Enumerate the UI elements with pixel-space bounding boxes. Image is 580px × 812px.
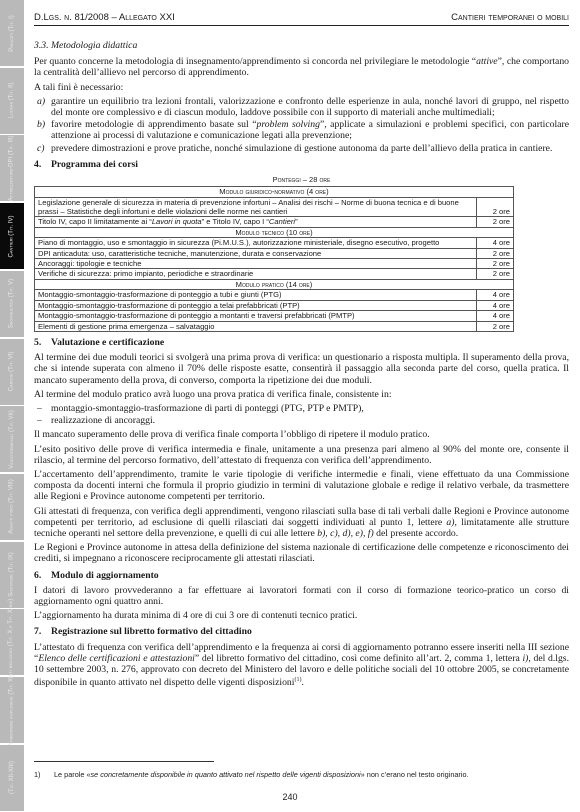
topic-cell: Ancoraggi: tipologie e tecniche: [35, 259, 477, 269]
section-heading: 5.Valutazione e certificazione: [34, 337, 569, 348]
table-row: DPI anticaduta: uso, caratteristiche tec…: [35, 248, 514, 258]
list-item: –realizzazione di ancoraggi.: [34, 415, 569, 426]
hours-cell: 2 ore: [477, 259, 514, 269]
page-body: 3.3. Metodologia didattica Per quanto co…: [34, 40, 569, 692]
sidebar-tab[interactable]: Atmosfere esplosive (Tit. XI): [0, 677, 24, 743]
section-heading: 6.Modulo di aggiornamento: [34, 570, 569, 581]
sidebar-tab[interactable]: Luoghi (Tit. II): [0, 68, 24, 134]
paragraph: A tali fini è necessario:: [34, 82, 569, 93]
hours-cell: 4 ore: [477, 238, 514, 248]
sidebar-tab[interactable]: Sostanze (Tit. IX): [0, 542, 24, 608]
list-item: b)favorire metodologie di apprendimento …: [34, 119, 569, 141]
topic-cell: Montaggio-smontaggio-trasformazione di p…: [35, 300, 477, 310]
list-item: –montaggio-smontaggio-trasformazione di …: [34, 403, 569, 414]
paragraph: Al termine dei due moduli teorici si svo…: [34, 352, 569, 386]
footnote: 1)Le parole «se concretamente disponibil…: [34, 770, 569, 779]
sidebar-tab[interactable]: Cantieri (Tit. IV): [0, 203, 24, 269]
module-title: Modulo pratico (14 ore): [35, 279, 514, 289]
paragraph: Il mancato superamento delle prova di ve…: [34, 429, 569, 440]
section-heading: 7.Registrazione sul libretto formativo d…: [34, 626, 569, 637]
topic-cell: Montaggio-smontaggio-trasformazione di p…: [35, 290, 477, 300]
subsection-title: 3.3. Metodologia didattica: [34, 40, 569, 51]
title-index-sidebar: Principi (Tit. I)Luoghi (Tit. II)Attrezz…: [0, 0, 25, 812]
paragraph: I datori di lavoro provvederanno a far e…: [34, 585, 569, 607]
methodology-list: a)garantire un equilibrio tra lezioni fr…: [34, 96, 569, 154]
sidebar-tab[interactable]: Agenti fisici (Tit. VIII): [0, 474, 24, 540]
paragraph: L’accertamento dell’apprendimento, trami…: [34, 469, 569, 503]
sidebar-tab-label: Carichi (Tit. VI): [9, 352, 16, 392]
paragraph: L’attestato di frequenza con verifica de…: [34, 642, 569, 689]
footnote-divider: [34, 761, 214, 762]
sidebar-tab[interactable]: Principi (Tit. I): [0, 0, 24, 66]
sidebar-tab-label: Videoterminali (Tit. VII): [9, 410, 16, 469]
topic-cell: Titolo IV, capo II limitatamente ai “Lav…: [35, 217, 477, 227]
list-item: a)garantire un equilibrio tra lezioni fr…: [34, 96, 569, 118]
header-left: D.Lgs. n. 81/2008 – Allegato XXI: [34, 12, 175, 23]
running-header: D.Lgs. n. 81/2008 – Allegato XXI Cantier…: [34, 11, 569, 26]
sidebar-tab-label: Principi (Tit. I): [9, 15, 16, 52]
table-row: Montaggio-smontaggio-trasformazione di p…: [35, 311, 514, 321]
sidebar-tab-label: Agenti fisici (Tit. VIII): [9, 480, 16, 534]
table-row: Montaggio-smontaggio-trasformazione di p…: [35, 300, 514, 310]
sidebar-tab-label: Atmosfere esplosive (Tit. XI): [9, 674, 16, 746]
paragraph: L’esito positivo delle prove di verifica…: [34, 444, 569, 466]
sidebar-tab[interactable]: Segnaletica (Tit. V): [0, 271, 24, 337]
module-header-row: Modulo giuridico-normativo (4 ore): [35, 187, 514, 197]
table-row: Montaggio-smontaggio-trasformazione di p…: [35, 290, 514, 300]
topic-cell: DPI anticaduta: uso, caratteristiche tec…: [35, 248, 477, 258]
hours-cell: 2 ore: [477, 321, 514, 331]
table-row: Elementi di gestione prima emergenza – s…: [35, 321, 514, 331]
paragraph: Le Regioni e Province autonome in attesa…: [34, 542, 569, 564]
sidebar-tab[interactable]: Attrezzature-DPI (Tit. III): [0, 135, 24, 201]
sidebar-tab-label: Cantieri (Tit. IV): [9, 215, 16, 257]
hours-cell: 4 ore: [477, 311, 514, 321]
table-row: Titolo IV, capo II limitatamente ai “Lav…: [35, 217, 514, 227]
hours-cell: 2 ore: [477, 248, 514, 258]
table-row: Legislazione generale di sicurezza in ma…: [35, 197, 514, 217]
table-row: Ancoraggi: tipologie e tecniche2 ore: [35, 259, 514, 269]
sidebar-tab-label: Agenti biologici (Tit. X e Tit. X-bis): [9, 599, 16, 686]
module-header-row: Modulo pratico (14 ore): [35, 279, 514, 289]
paragraph: L’aggiornamento ha durata minima di 4 or…: [34, 610, 569, 621]
course-program-table: Modulo giuridico-normativo (4 ore)Legisl…: [34, 186, 514, 332]
sidebar-tab[interactable]: Agenti biologici (Tit. X e Tit. X-bis): [0, 609, 24, 675]
hours-cell: 2 ore: [477, 217, 514, 227]
topic-cell: Piano di montaggio, uso e smontaggio in …: [35, 238, 477, 248]
table-row: Verifiche di sicurezza: primo impianto, …: [35, 269, 514, 279]
paragraph: Per quanto concerne la metodologia di in…: [34, 56, 569, 78]
hours-cell: 4 ore: [477, 290, 514, 300]
hours-cell: 4 ore: [477, 300, 514, 310]
sidebar-tab-label: (Tit. XII-XIII): [9, 761, 16, 794]
page-number: 240: [0, 792, 580, 802]
paragraph: Gli attestati di frequenza, con verifica…: [34, 506, 569, 540]
section-heading: 4.Programma dei corsi: [34, 159, 569, 170]
header-right: Cantieri temporanei o mobili: [451, 12, 569, 23]
sidebar-tab[interactable]: Carichi (Tit. VI): [0, 339, 24, 405]
hours-cell: 2 ore: [477, 269, 514, 279]
hours-cell: 2 ore: [477, 197, 514, 217]
final-test-list: –montaggio-smontaggio-trasformazione di …: [34, 403, 569, 426]
sidebar-tab-label: Luoghi (Tit. II): [9, 83, 16, 119]
sidebar-tab-label: Segnaletica (Tit. V): [9, 279, 16, 329]
topic-cell: Verifiche di sicurezza: primo impianto, …: [35, 269, 477, 279]
module-title: Modulo giuridico-normativo (4 ore): [35, 187, 514, 197]
sidebar-tab-label: Sostanze (Tit. IX): [9, 552, 16, 596]
topic-cell: Elementi di gestione prima emergenza – s…: [35, 321, 477, 331]
table-caption: Ponteggi – 28 ore: [34, 174, 569, 185]
sidebar-tab[interactable]: Videoterminali (Tit. VII): [0, 406, 24, 472]
topic-cell: Montaggio-smontaggio-trasformazione di p…: [35, 311, 477, 321]
module-header-row: Modulo tecnico (10 ore): [35, 227, 514, 237]
module-title: Modulo tecnico (10 ore): [35, 227, 514, 237]
table-row: Piano di montaggio, uso e smontaggio in …: [35, 238, 514, 248]
paragraph: Al termine del modulo pratico avrà luogo…: [34, 389, 569, 400]
list-item: c)prevedere dimostrazioni e prove pratic…: [34, 143, 569, 154]
topic-cell: Legislazione generale di sicurezza in ma…: [35, 197, 477, 217]
sidebar-tab-label: Attrezzature-DPI (Tit. III): [9, 135, 16, 201]
